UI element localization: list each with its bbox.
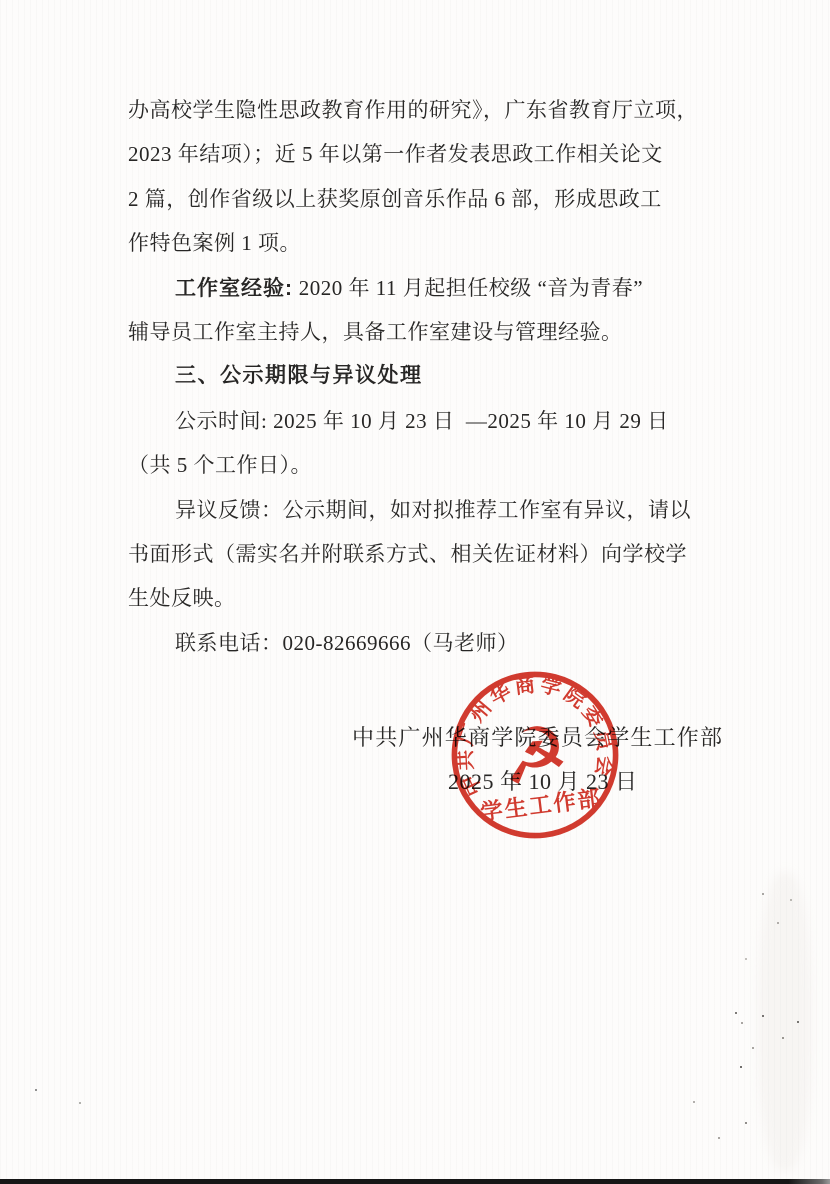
body-line-11: 书面形式（需实名并附联系方式、相关佐证材料）向学校学: [128, 532, 728, 576]
body-line-9: （共 5 个工作日）。: [128, 443, 728, 487]
scan-smudge: [758, 872, 812, 1172]
body-line-10: 异议反馈：公示期间，如对拟推荐工作室有异议，请以: [128, 488, 728, 532]
line-text: 书面形式（需实名并附联系方式、相关佐证材料）向学校学: [128, 542, 687, 566]
body-line-6: 辅导员工作室主持人，具备工作室建设与管理经验。: [128, 310, 728, 354]
body-line-12: 生处反映。: [128, 576, 728, 620]
line-text: 2023 年结项）；近 5 年以第一作者发表思政工作相关论文: [128, 142, 663, 166]
line-text: 办高校学生隐性思政教育作用的研究》，广东省教育厅立项，: [128, 98, 698, 122]
line-text: 作特色案例 1 项。: [128, 231, 301, 255]
line-text: （共 5 个工作日）。: [128, 453, 312, 477]
body-line-3: 2 篇，创作省级以上获奖原创音乐作品 6 部，形成思政工: [128, 177, 728, 221]
body-line-1: 办高校学生隐性思政教育作用的研究》，广东省教育厅立项，: [128, 88, 728, 132]
scan-specks: [35, 1089, 37, 1091]
bottom-scan-bar: [0, 1179, 830, 1184]
section-heading: 三、公示期限与异议处理: [128, 354, 728, 398]
document-body: 办高校学生隐性思政教育作用的研究》，广东省教育厅立项， 2023 年结项）；近 …: [128, 88, 728, 665]
body-line-2: 2023 年结项）；近 5 年以第一作者发表思政工作相关论文: [128, 132, 728, 176]
heading-text: 三、公示期限与异议处理: [175, 364, 423, 387]
body-line-13: 联系电话：020-82669666（马老师）: [128, 621, 728, 665]
body-line-4: 作特色案例 1 项。: [128, 221, 728, 265]
body-line-8: 公示时间: 2025 年 10 月 23 日 —2025 年 10 月 29 日: [128, 399, 728, 443]
workshop-experience-label: 工作室经验:: [175, 277, 293, 300]
contact-phone-text: 联系电话：020-82669666（马老师）: [175, 631, 519, 655]
line-text: 辅导员工作室主持人，具备工作室建设与管理经验。: [128, 320, 623, 344]
line-text: 生处反映。: [128, 586, 236, 610]
official-stamp: 中共广州华商学院委员会 ☭ 学生工作部: [421, 641, 648, 868]
party-emblem-icon: ☭: [496, 708, 574, 804]
line-text: 公示时间: 2025 年 10 月 23 日 —2025 年 10 月 29 日: [175, 409, 669, 433]
line-text: 2020 年 11 月起担任校级 “音为青春”: [293, 276, 643, 300]
line-text: 2 篇，创作省级以上获奖原创音乐作品 6 部，形成思政工: [128, 187, 662, 211]
line-text: 异议反馈：公示期间，如对拟推荐工作室有异议，请以: [175, 498, 691, 522]
page: { "page": { "background": "#fdfcfb", "bo…: [0, 0, 830, 1184]
body-line-5: 工作室经验: 2020 年 11 月起担任校级 “音为青春”: [128, 266, 728, 310]
